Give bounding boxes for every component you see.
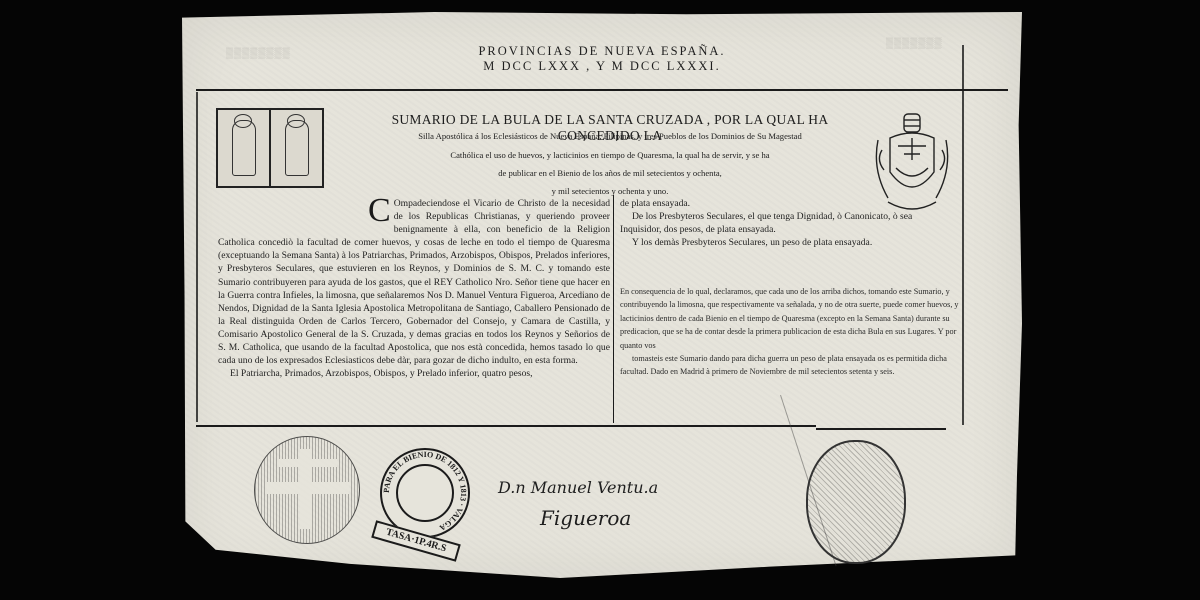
left-text-column: C Ompadeciendose el Vicario de Christo d… xyxy=(218,197,610,380)
bull-subtitle-3: de publicar en el Bienio de los años de … xyxy=(360,168,860,178)
woodcut-angel-pane xyxy=(218,110,271,186)
bull-subtitle-1: Silla Apostólica á los Eclesiásticos de … xyxy=(360,131,860,141)
signature-figueroa: Figueroa xyxy=(540,506,631,530)
indulgence-paragraph: Ompadeciendose el Vicario de Christo de … xyxy=(218,198,610,366)
declaration-block: En consequencia de lo qual, declaramos, … xyxy=(620,285,960,379)
left-border xyxy=(196,92,198,422)
top-rule xyxy=(196,89,1008,91)
fee-continuation: de plata ensayada. xyxy=(620,197,948,210)
woodcut-saints-illustration xyxy=(216,108,324,188)
bull-subtitle-2: Cathólica el uso de huevos, y lacticinio… xyxy=(360,150,860,160)
stamp-center-flourish-icon xyxy=(396,464,454,522)
dated-madrid-paragraph: tomasteis este Sumario dando para dicha … xyxy=(620,352,960,379)
right-text-column: de plata ensayada. De los Presbyteros Se… xyxy=(620,197,948,249)
woodcut-saint-pane xyxy=(271,110,322,186)
dropcap-letter: C xyxy=(368,197,391,225)
signature-manuel-ventura: D.n Manuel Ventu.a xyxy=(498,478,658,497)
right-border xyxy=(962,45,964,425)
ecclesiastical-arms-seal-icon xyxy=(806,440,906,564)
column-divider xyxy=(613,195,614,423)
cross-seal-stamp-icon xyxy=(254,436,360,544)
bottom-rule-right xyxy=(816,428,946,430)
declaration-paragraph: En consequencia de lo qual, declaramos, … xyxy=(620,285,960,352)
secular-priest-fee: Y los demàs Presbyteros Seculares, un pe… xyxy=(620,236,948,249)
dignitary-fee: De los Presbyteros Seculares, el que ten… xyxy=(620,210,948,236)
header-years: M DCC LXXX , Y M DCC LXXXI. xyxy=(182,59,1022,74)
header-provinces: PROVINCIAS DE NUEVA ESPAÑA. xyxy=(182,44,1022,59)
patriarch-fee-line: El Patriarcha, Primados, Arzobispos, Obi… xyxy=(218,367,610,380)
bottom-rule xyxy=(196,425,816,427)
bull-subtitle-4: y mil setecientos y ochenta y uno. xyxy=(360,186,860,196)
